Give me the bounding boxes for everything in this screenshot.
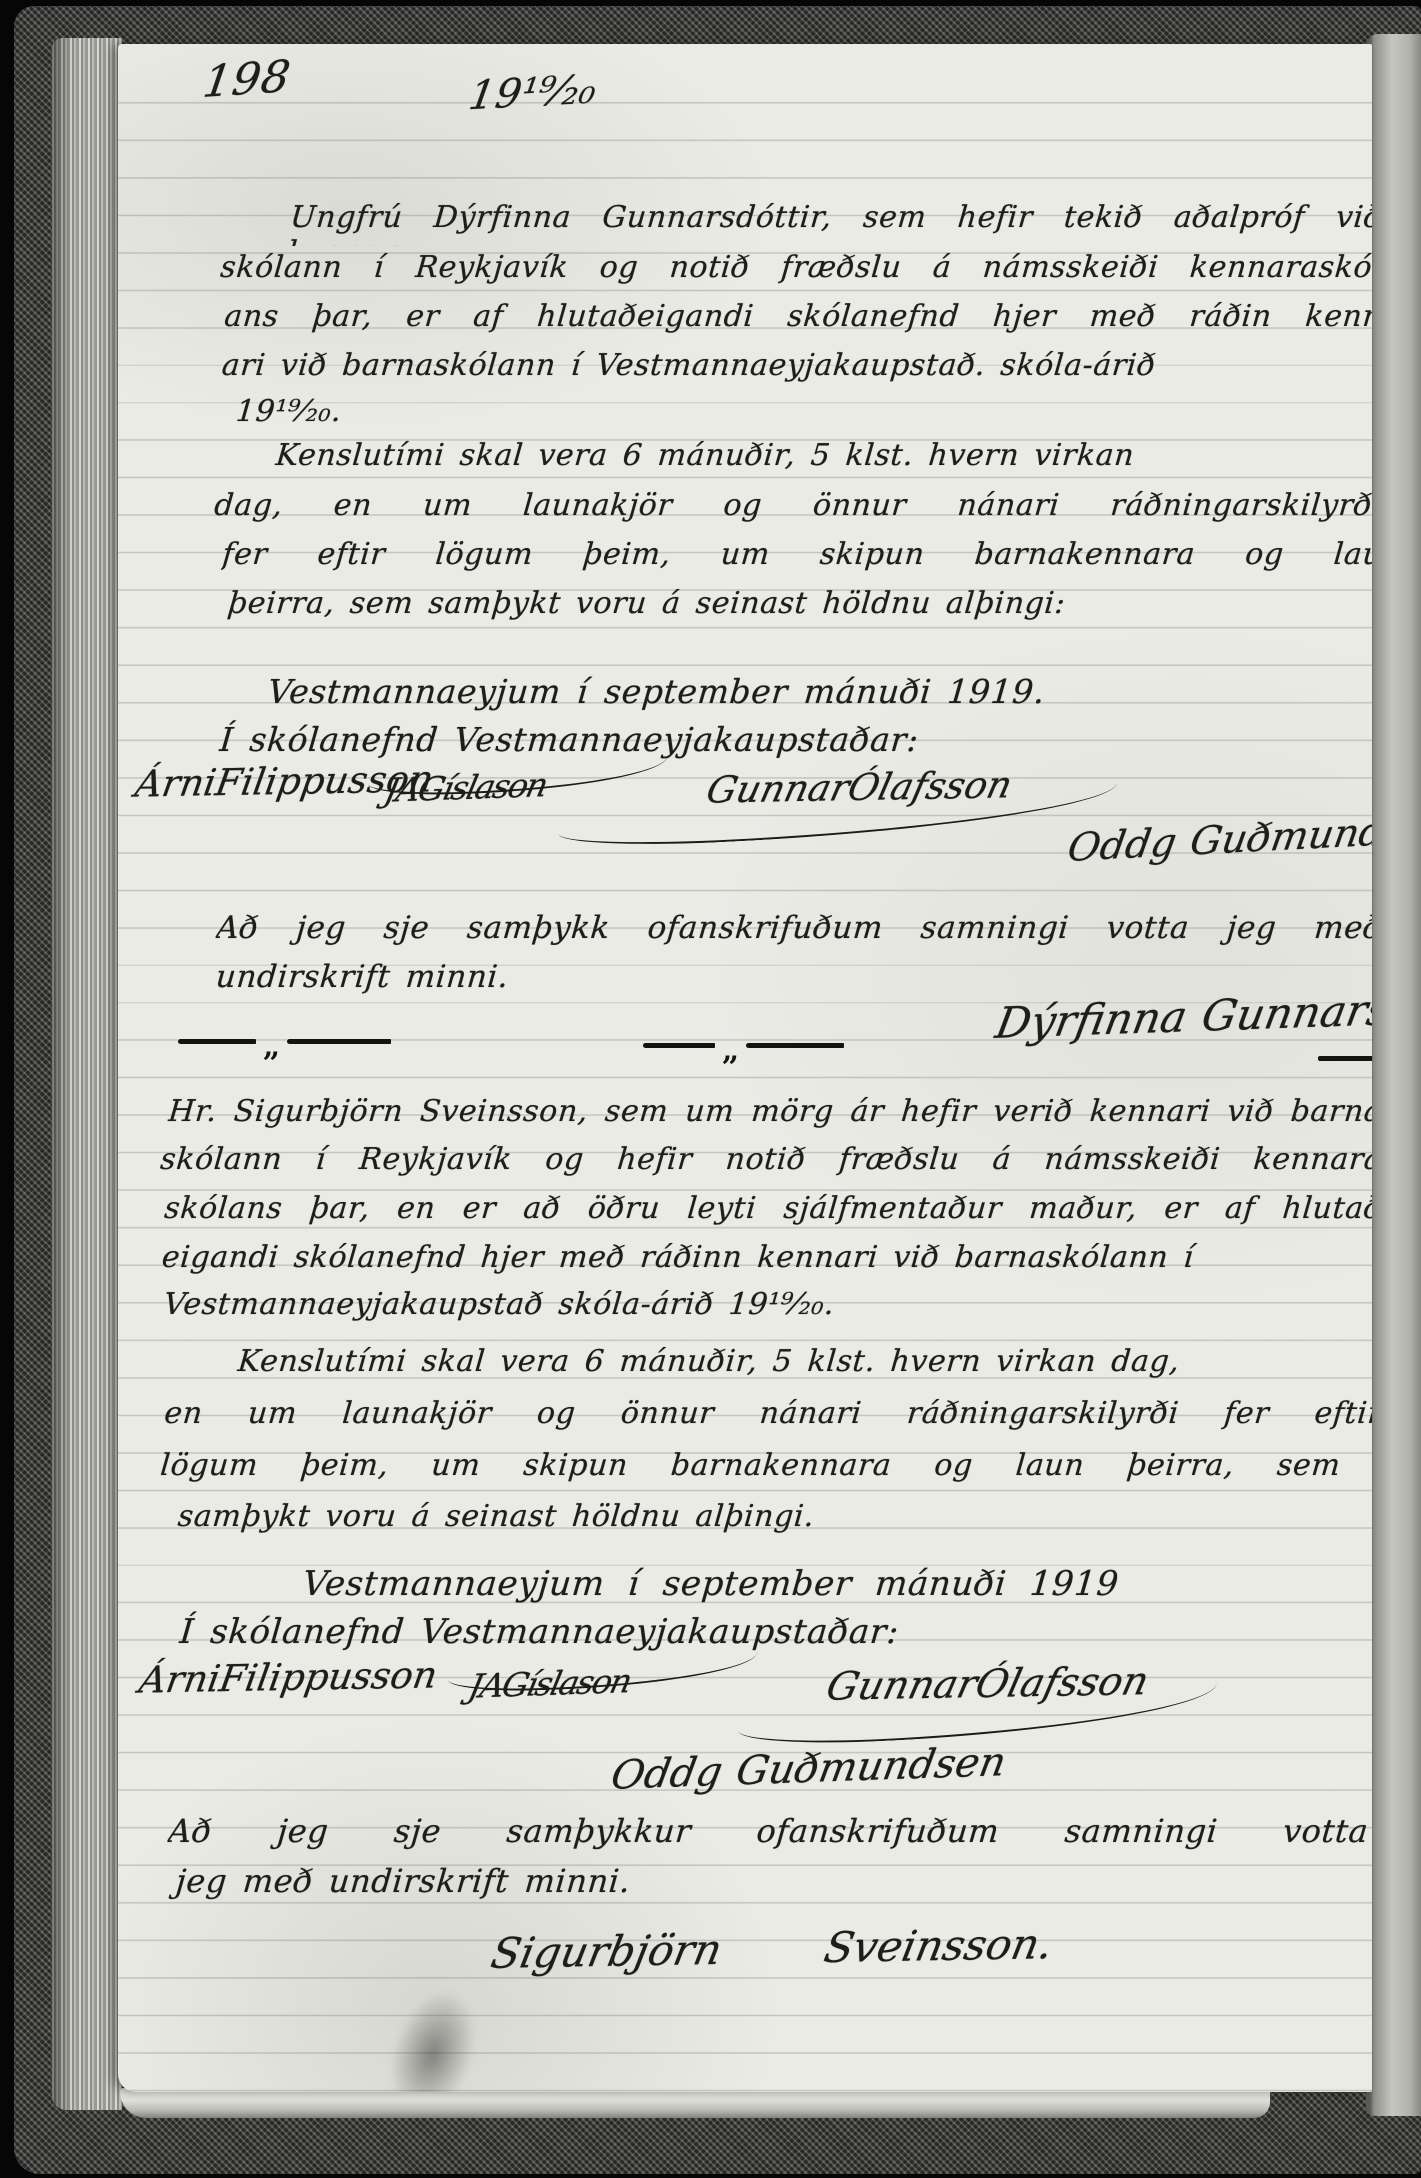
- divider-dashes: „: [178, 1030, 391, 1052]
- entry1-consent-line: undirskrift minni.: [214, 959, 510, 995]
- entry1-consent-line: Að jeg sje samþykk ofanskrifuðum samning…: [214, 910, 1372, 956]
- page-stack-edge-left: [52, 38, 122, 2110]
- entry2-body-line: skólans þar, en er að öðru leyti sjálfme…: [162, 1191, 1372, 1237]
- divider-quote-mark: „: [722, 1046, 739, 1056]
- facing-page-edge: [1366, 34, 1421, 2116]
- signature-underline: [1318, 1056, 1372, 1061]
- entry1-body-line: 19¹⁹⁄₂₀.: [234, 394, 343, 429]
- year-heading: 19¹⁹⁄₂₀: [466, 67, 601, 120]
- entry2-body-line: eigandi skólanefnd hjer með ráðinn kenna…: [160, 1240, 1195, 1275]
- entry1-terms-line: Kenslutími skal vera 6 mánuðir, 5 klst. …: [274, 438, 1372, 473]
- ledger-page: 198 19¹⁹⁄₂₀ Ungfrú Dýrfinna Gunnarsdótti…: [118, 44, 1372, 2092]
- entry1-body-line: ari við barnaskólann í Vestmannaeyjakaup…: [220, 348, 1157, 383]
- divider-dashes: „: [643, 1034, 844, 1056]
- entry2-body-line: Vestmannaeyjakaupstað skóla-árið 19¹⁹⁄₂₀…: [162, 1287, 836, 1322]
- entry2-dateline: Vestmannaeyjum í september mánuði 1919: [301, 1564, 1120, 1604]
- divider-dash: [746, 1043, 844, 1048]
- entry2-consent-line: Að jeg sje samþykkur ofanskrifuðum samni…: [166, 1812, 1370, 1858]
- entry2-body-line: skólann í Reykjavík og hefir notið fræðs…: [158, 1142, 1372, 1188]
- entry1-body-line: ans þar, er af hlutaðeigandi skólanefnd …: [222, 299, 1372, 345]
- divider-dash: [643, 1043, 715, 1048]
- entry2-terms-line: Kenslutími skal vera 6 mánuðir, 5 klst. …: [236, 1344, 1181, 1379]
- divider-dash: [287, 1039, 391, 1044]
- page-stack-edge-bottom: [120, 2088, 1270, 2118]
- entry2-terms-line: lögum þeim, um skipun barnakennara og la…: [158, 1448, 1342, 1494]
- entry1-terms-line: þeirra, sem samþykt voru á seinast höldn…: [226, 586, 1066, 621]
- entry1-body-line: skólann í Reykjavík og notið fræðslu á n…: [218, 250, 1372, 296]
- signature-arni-filippusson: ÁrniFilippusson: [136, 1653, 440, 1701]
- entry1-terms-line: dag, en um launakjör og önnur nánari ráð…: [212, 488, 1372, 534]
- divider-dash: [178, 1039, 256, 1044]
- entry2-consent-line: jeg með undirskrift minni.: [174, 1862, 632, 1900]
- ink-smudge: [375, 1980, 491, 2092]
- entry2-body-line: Hr. Sigurbjörn Sveinsson, sem um mörg ár…: [166, 1094, 1372, 1140]
- book-scan: 198 19¹⁹⁄₂₀ Ungfrú Dýrfinna Gunnarsdótti…: [0, 0, 1421, 2178]
- entry2-terms-line: samþykt voru á seinast höldnu alþingi.: [176, 1499, 815, 1534]
- signature-oddgeir-gudmundsen: Oddg Guðmundsen: [608, 1739, 1010, 1799]
- entry1-body-line: Ungfrú Dýrfinna Gunnarsdóttir, sem hefir…: [288, 200, 1372, 246]
- signature-dyrfinna-gunnarsdottir: Dýrfinna Gunnarsdóttir: [992, 981, 1372, 1049]
- signature-sigurbjorn-sveinsson: Sigurbjörn Sveinsson.: [487, 1919, 1057, 1978]
- signature-oddgeir-gudmundsen: Oddg Guðmundsen: [1065, 806, 1372, 871]
- entry2-terms-line: en um launakjör og önnur nánari ráðninga…: [162, 1396, 1372, 1442]
- page-number: 198: [200, 51, 294, 108]
- divider-quote-mark: „: [263, 1042, 280, 1052]
- entry1-terms-line: fer eftir lögum þeim, um skipun barnaken…: [220, 537, 1372, 583]
- entry1-board-line: Í skólanefnd Vestmannaeyjakaupstaðar:: [218, 720, 920, 759]
- entry2-board-line: Í skólanefnd Vestmannaeyjakaupstaðar:: [178, 1612, 900, 1652]
- entry1-dateline: Vestmannaeyjum í september mánuði 1919.: [266, 672, 1046, 711]
